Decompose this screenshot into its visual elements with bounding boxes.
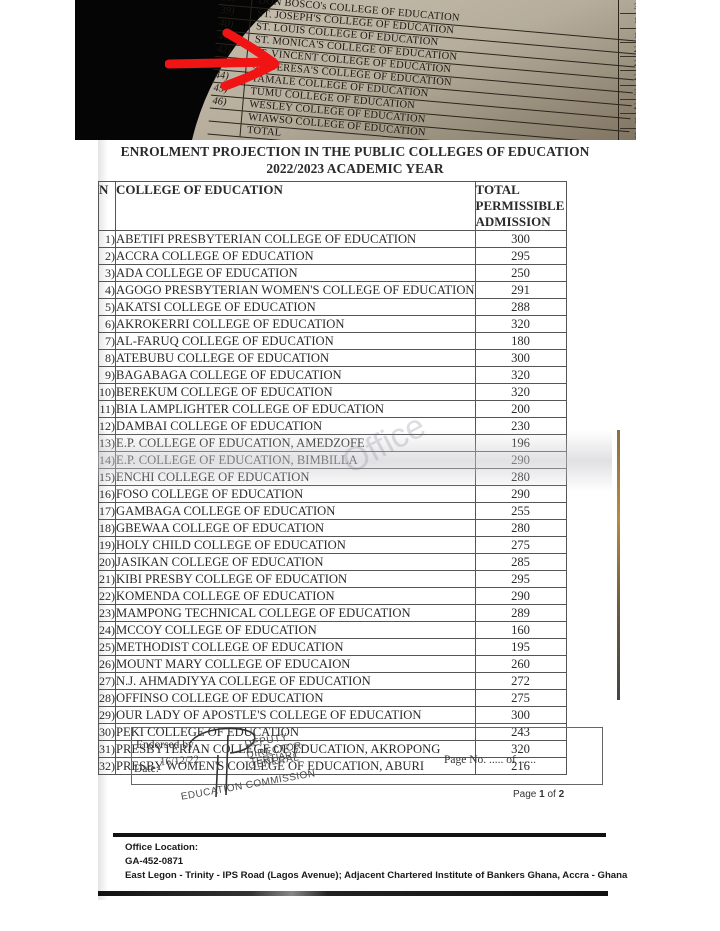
college-name: AKROKERRI COLLEGE OF EDUCATION (116, 316, 476, 333)
page-number-field: Page No. ..... of ...... (444, 754, 536, 766)
permissible-admission: 320 (475, 367, 566, 384)
college-name: AKATSI COLLEGE OF EDUCATION (116, 299, 476, 316)
page-middle: of (545, 789, 559, 800)
college-name: GBEWAA COLLEGE OF EDUCATION (116, 520, 476, 537)
photo-row-value: 250 (620, 57, 636, 71)
college-name: OUR LADY OF APOSTLE'S COLLEGE OF EDUCATI… (116, 707, 476, 724)
footer-bottom-divider (98, 891, 608, 896)
table-row: 21)KIBI PRESBY COLLEGE OF EDUCATION295 (99, 571, 567, 588)
photo-column-line (618, 0, 619, 140)
college-name: HOLY CHILD COLLEGE OF EDUCATION (116, 537, 476, 554)
page-prefix: Page (513, 789, 539, 800)
row-number: 31) (99, 741, 116, 758)
permissible-admission: 320 (475, 384, 566, 401)
college-name: JASIKAN COLLEGE OF EDUCATION (116, 554, 476, 571)
office-address: East Legon - Trinity - IPS Road (Lagos A… (125, 869, 627, 883)
photo-row-value: 300 (620, 86, 636, 100)
photo-row-value: 160 (620, 114, 636, 128)
table-row: 3)ADA COLLEGE OF EDUCATION250 (99, 265, 567, 282)
permissible-admission: 295 (475, 571, 566, 588)
header-sn: N (99, 182, 116, 231)
table-row: 10)BEREKUM COLLEGE OF EDUCATION320 (99, 384, 567, 401)
office-label: Office Location: (125, 841, 627, 855)
row-number: 21) (99, 571, 116, 588)
photo-row-value: 290 (620, 43, 636, 57)
row-number: 4) (99, 282, 116, 299)
college-name: BAGABAGA COLLEGE OF EDUCATION (116, 367, 476, 384)
college-name: ACCRA COLLEGE OF EDUCATION (116, 248, 476, 265)
permissible-admission: 295 (475, 248, 566, 265)
college-name: METHODIST COLLEGE OF EDUCATION (116, 639, 476, 656)
title-line-1: ENROLMENT PROJECTION IN THE PUBLIC COLLE… (98, 143, 612, 160)
table-row: 24)MCCOY COLLEGE OF EDUCATION160 (99, 622, 567, 639)
college-name: N.J. AHMADIYYA COLLEGE OF EDUCATION (116, 673, 476, 690)
header-college: COLLEGE OF EDUCATION (116, 182, 476, 231)
table-row: 22)KOMENDA COLLEGE OF EDUCATION290 (99, 588, 567, 605)
row-number: 6) (99, 316, 116, 333)
permissible-admission: 291 (475, 282, 566, 299)
photo-row-number (208, 122, 242, 137)
document-title: ENROLMENT PROJECTION IN THE PUBLIC COLLE… (98, 143, 612, 177)
college-name: AL-FARUQ COLLEGE OF EDUCATION (116, 333, 476, 350)
table-row: 28)OFFINSO COLLEGE OF EDUCATION275 (99, 690, 567, 707)
table-row: 19)HOLY CHILD COLLEGE OF EDUCATION275 (99, 537, 567, 554)
permissible-admission: 275 (475, 690, 566, 707)
table-row: 11)BIA LAMPLIGHTER COLLEGE OF EDUCATION2… (99, 401, 567, 418)
page-indicator: Page 1 of 2 (513, 789, 564, 800)
row-number: 19) (99, 537, 116, 554)
college-name: MAMPONG TECHNICAL COLLEGE OF EDUCATION (116, 605, 476, 622)
table-row: 4)AGOGO PRESBYTERIAN WOMEN'S COLLEGE OF … (99, 282, 567, 299)
row-number: 20) (99, 554, 116, 571)
college-name: GAMBAGA COLLEGE OF EDUCATION (116, 503, 476, 520)
photo-row-value: 194 (620, 14, 636, 28)
table-row: 27)N.J. AHMADIYYA COLLEGE OF EDUCATION27… (99, 673, 567, 690)
row-number: 17) (99, 503, 116, 520)
office-code: GA-452-0871 (125, 855, 627, 869)
college-name: MOUNT MARY COLLEGE OF EDUCAION (116, 656, 476, 673)
permissible-admission: 160 (475, 622, 566, 639)
footer-divider (113, 833, 606, 837)
row-number: 24) (99, 622, 116, 639)
college-name: KOMENDA COLLEGE OF EDUCATION (116, 588, 476, 605)
row-number: 8) (99, 350, 116, 367)
table-row: 2)ACCRA COLLEGE OF EDUCATION295 (99, 248, 567, 265)
cropped-photo-strip: 38)DON BOSCO's COLLEGE OF EDUCATION39)ST… (75, 0, 636, 140)
header-total-line2: PERMISSIBLE (476, 198, 566, 214)
red-arrow-icon (165, 28, 280, 93)
college-name: AGOGO PRESBYTERIAN WOMEN'S COLLEGE OF ED… (116, 282, 476, 299)
permissible-admission: 288 (475, 299, 566, 316)
table-row: 5)AKATSI COLLEGE OF EDUCATION288 (99, 299, 567, 316)
permissible-admission: 260 (475, 656, 566, 673)
header-total: TOTAL PERMISSIBLE ADMISSION (475, 182, 566, 231)
photo-row-value: 260 (620, 71, 636, 85)
row-number: 30) (99, 724, 116, 741)
photo-row-value: 290 (620, 100, 636, 114)
title-line-2: 2022/2023 ACADEMIC YEAR (98, 160, 612, 177)
table-row: 7)AL-FARUQ COLLEGE OF EDUCATION180 (99, 333, 567, 350)
row-number: 28) (99, 690, 116, 707)
table-row: 29)OUR LADY OF APOSTLE'S COLLEGE OF EDUC… (99, 707, 567, 724)
row-number: 18) (99, 520, 116, 537)
row-number: 2) (99, 248, 116, 265)
page-total: 2 (559, 789, 565, 800)
table-row: 9)BAGABAGA COLLEGE OF EDUCATION320 (99, 367, 567, 384)
row-number: 32) (99, 758, 116, 775)
table-row: 26)MOUNT MARY COLLEGE OF EDUCAION260 (99, 656, 567, 673)
table-row: 1)ABETIFI PRESBYTERIAN COLLEGE OF EDUCAT… (99, 231, 567, 248)
row-number: 26) (99, 656, 116, 673)
college-name: MCCOY COLLEGE OF EDUCATION (116, 622, 476, 639)
permissible-admission: 195 (475, 639, 566, 656)
permissible-admission: 250 (475, 265, 566, 282)
row-number: 23) (99, 605, 116, 622)
row-number: 5) (99, 299, 116, 316)
row-number: 27) (99, 673, 116, 690)
permissible-admission: 285 (475, 554, 566, 571)
permissible-admission: 275 (475, 537, 566, 554)
row-number: 1) (99, 231, 116, 248)
header-total-line3: ADMISSION (476, 214, 566, 230)
row-number: 10) (99, 384, 116, 401)
row-number: 9) (99, 367, 116, 384)
row-number: 25) (99, 639, 116, 656)
official-stamp: DEPUTY DIRECTOR-GENERAL TERTIARY EDUCATI… (150, 725, 340, 805)
permissible-admission: 300 (475, 707, 566, 724)
college-name: BEREKUM COLLEGE OF EDUCATION (116, 384, 476, 401)
permissible-admission: 180 (475, 333, 566, 350)
row-number: 3) (99, 265, 116, 282)
row-number: 22) (99, 588, 116, 605)
table-row: 25)METHODIST COLLEGE OF EDUCATION195 (99, 639, 567, 656)
permissible-admission: 280 (475, 520, 566, 537)
table-row: 8)ATEBUBU COLLEGE OF EDUCATION300 (99, 350, 567, 367)
photo-row-value: 146 (620, 29, 636, 43)
college-name: ADA COLLEGE OF EDUCATION (116, 265, 476, 282)
office-location: Office Location: GA-452-0871 East Legon … (125, 841, 627, 883)
college-name: ABETIFI PRESBYTERIAN COLLEGE OF EDUCATIO… (116, 231, 476, 248)
permissible-admission: 272 (475, 673, 566, 690)
permissible-admission: 300 (475, 231, 566, 248)
permissible-admission: 255 (475, 503, 566, 520)
table-row: 6)AKROKERRI COLLEGE OF EDUCATION320 (99, 316, 567, 333)
college-name: ATEBUBU COLLEGE OF EDUCATION (116, 350, 476, 367)
college-name: KIBI PRESBY COLLEGE OF EDUCATION (116, 571, 476, 588)
page-edge (617, 430, 620, 700)
table-row: 18)GBEWAA COLLEGE OF EDUCATION280 (99, 520, 567, 537)
permissible-admission: 320 (475, 316, 566, 333)
college-name: OFFINSO COLLEGE OF EDUCATION (116, 690, 476, 707)
row-number: 11) (99, 401, 116, 418)
table-row: 20)JASIKAN COLLEGE OF EDUCATION285 (99, 554, 567, 571)
permissible-admission: 290 (475, 588, 566, 605)
photo-row-value: 310 (620, 0, 636, 14)
table-row: 17)GAMBAGA COLLEGE OF EDUCATION255 (99, 503, 567, 520)
permissible-admission: 200 (475, 401, 566, 418)
college-name: BIA LAMPLIGHTER COLLEGE OF EDUCATION (116, 401, 476, 418)
table-row: 23)MAMPONG TECHNICAL COLLEGE OF EDUCATIO… (99, 605, 567, 622)
permissible-admission: 300 (475, 350, 566, 367)
row-number: 29) (99, 707, 116, 724)
permissible-admission: 289 (475, 605, 566, 622)
photo-row-value: 180 (620, 129, 636, 140)
header-total-line1: TOTAL (476, 182, 566, 198)
photo-values-column: 3101941462902502603002901601803112173002… (620, 0, 636, 140)
row-number: 7) (99, 333, 116, 350)
